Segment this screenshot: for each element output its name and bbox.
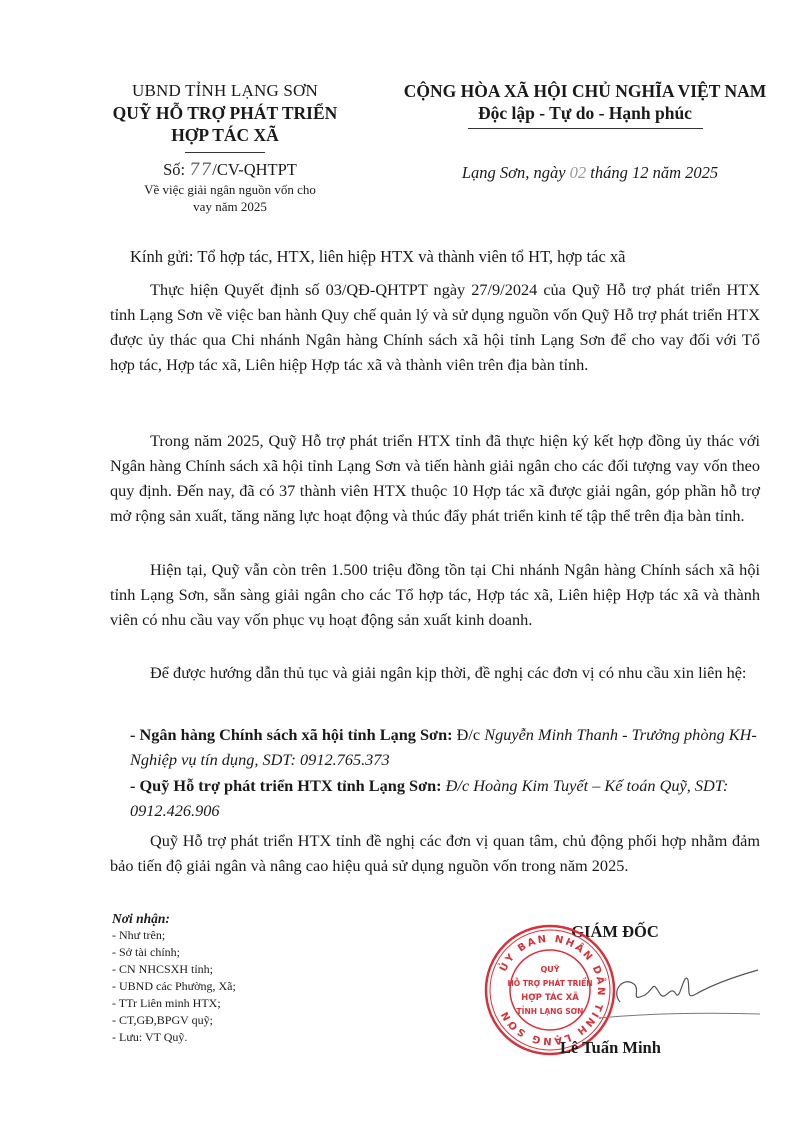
body-paragraph-3: Hiện tại, Quỹ vẫn còn trên 1.500 triệu đ… bbox=[110, 557, 760, 632]
svg-text:HỖ TRỢ PHÁT TRIỂN: HỖ TRỢ PHÁT TRIỂN bbox=[507, 978, 592, 988]
recipient-item: - Như trên; bbox=[112, 927, 236, 944]
contact-org: - Ngân hàng Chính sách xã hội tỉnh Lạng … bbox=[130, 725, 453, 744]
contact-org: - Quỹ Hỗ trợ phát triển HTX tỉnh Lạng Sơ… bbox=[130, 776, 442, 795]
contact-bank: - Ngân hàng Chính sách xã hội tỉnh Lạng … bbox=[130, 722, 760, 772]
body-paragraph-4: Để được hướng dẫn thủ tục và giải ngân k… bbox=[110, 660, 760, 685]
org-name-line2: HỢP TÁC XÃ bbox=[90, 124, 360, 146]
recipients-title: Nơi nhận: bbox=[112, 910, 236, 927]
doc-number-suffix: /CV-QHTPT bbox=[212, 160, 297, 179]
doc-number-prefix: Số: bbox=[163, 160, 189, 179]
body-paragraph-1: Thực hiện Quyết định số 03/QĐ-QHTPT ngày… bbox=[110, 277, 760, 377]
subject-line2: vay năm 2025 bbox=[100, 198, 360, 215]
document-subject: Về việc giải ngân nguồn vốn cho vay năm … bbox=[100, 181, 360, 215]
date-suffix: tháng 12 năm 2025 bbox=[586, 163, 718, 182]
addressee: Kính gửi: Tổ hợp tác, HTX, liên hiệp HTX… bbox=[130, 247, 770, 267]
body-paragraph-2: Trong năm 2025, Quỹ Hỗ trợ phát triển HT… bbox=[110, 428, 760, 528]
issuing-organization: UBND TỈNH LẠNG SƠN QUỸ HỖ TRỢ PHÁT TRIỂN… bbox=[90, 80, 360, 153]
national-title: CỘNG HÒA XÃ HỘI CHỦ NGHĨA VIỆT NAM bbox=[400, 80, 770, 102]
contact-fund: - Quỹ Hỗ trợ phát triển HTX tỉnh Lạng Sơ… bbox=[130, 773, 760, 823]
recipient-item: - Lưu: VT Quỹ. bbox=[112, 1029, 236, 1046]
signer-name: Lê Tuấn Minh bbox=[560, 1038, 720, 1058]
recipient-item: - CT,GĐ,BPGV quỹ; bbox=[112, 1012, 236, 1029]
svg-text:TỈNH LẠNG SƠN: TỈNH LẠNG SƠN bbox=[517, 1006, 584, 1016]
doc-number-handwritten: 77 bbox=[189, 160, 212, 179]
svg-text:QUỸ: QUỸ bbox=[540, 964, 559, 974]
svg-text:HỢP TÁC XÃ: HỢP TÁC XÃ bbox=[521, 991, 579, 1003]
org-name-line1: QUỸ HỖ TRỢ PHÁT TRIỂN bbox=[90, 102, 360, 124]
contact-label: Đ/c bbox=[453, 725, 485, 744]
recipient-item: - Sở tài chính; bbox=[112, 944, 236, 961]
org-underline bbox=[185, 152, 265, 153]
handwritten-signature-icon bbox=[600, 960, 760, 1020]
motto-underline bbox=[468, 128, 703, 129]
date-prefix: Lạng Sơn, ngày bbox=[462, 163, 570, 182]
document-number: Số: 77/CV-QHTPT bbox=[100, 160, 360, 180]
recipient-item: - TTr Liên minh HTX; bbox=[112, 995, 236, 1012]
subject-line1: Về việc giải ngân nguồn vốn cho bbox=[100, 181, 360, 198]
national-header: CỘNG HÒA XÃ HỘI CHỦ NGHĨA VIỆT NAM Độc l… bbox=[400, 80, 770, 129]
recipient-item: - CN NHCSXH tỉnh; bbox=[112, 961, 236, 978]
national-motto: Độc lập - Tự do - Hạnh phúc bbox=[400, 102, 770, 124]
body-paragraph-5: Quỹ Hỗ trợ phát triển HTX tỉnh đề nghị c… bbox=[110, 828, 760, 878]
org-parent: UBND TỈNH LẠNG SƠN bbox=[90, 80, 360, 102]
recipient-item: - UBND các Phường, Xã; bbox=[112, 978, 236, 995]
date-day: 02 bbox=[570, 163, 587, 182]
document-date: Lạng Sơn, ngày 02 tháng 12 năm 2025 bbox=[420, 163, 760, 183]
recipients-list: Nơi nhận: - Như trên; - Sở tài chính; - … bbox=[112, 910, 236, 1046]
